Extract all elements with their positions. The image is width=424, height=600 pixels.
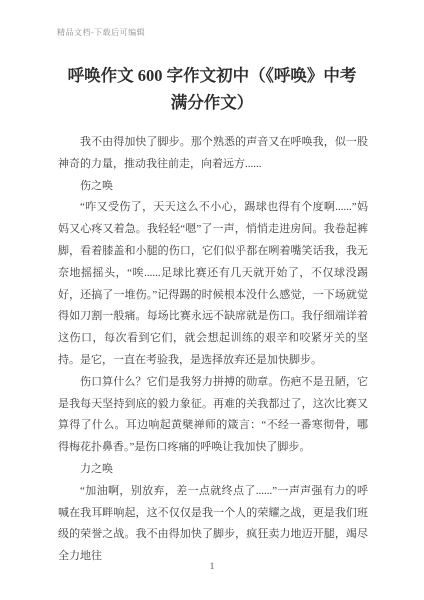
paragraph-wound-reflection: 伤口算什么？它们是我努力拼搏的勋章。伤疤不是丑陋，它是我每天坚持到底的毅力象征。… [58,372,368,459]
title-line-2: 满分作文） [44,89,380,116]
paragraph-subhead-strength: 力之唤 [58,459,368,481]
paragraph-intro: 我不由得加快了脚步。那个熟悉的声音又在呼唤我，似一股神奇的力量，推动我往前走，向… [58,132,368,176]
document-title: 呼唤作文 600 字作文初中（《呼唤》中考 满分作文） [44,62,380,116]
page-number: 1 [0,561,424,571]
document-page: 精品文档-下载后可编辑 呼唤作文 600 字作文初中（《呼唤》中考 满分作文） … [0,0,424,600]
paragraph-subhead-wound: 伤之唤 [58,176,368,198]
document-body: 我不由得加快了脚步。那个熟悉的声音又在呼唤我，似一股神奇的力量，推动我往前走，向… [58,132,368,568]
header-watermark: 精品文档-下载后可编辑 [57,27,145,38]
title-line-1: 呼唤作文 600 字作文初中（《呼唤》中考 [44,62,380,89]
paragraph-wound-story: “咋又受伤了，天天这么不小心，踢球也得有个度啊......”妈妈又心疼又着急。我… [58,197,368,371]
paragraph-strength-story: “加油啊，别放弃，差一点就终点了......”一声声强有力的呼喊在我耳畔响起，这… [58,481,368,568]
